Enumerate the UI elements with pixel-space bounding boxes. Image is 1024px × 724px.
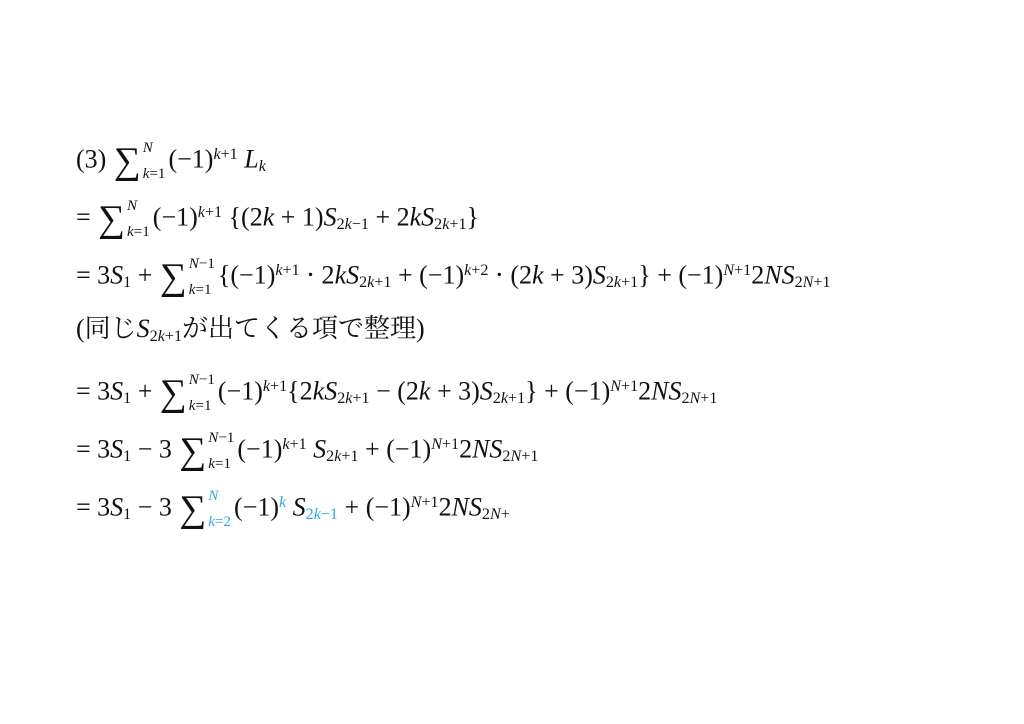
page: { "page": { "background": "#ffffff", "te…: [0, 0, 1024, 724]
math-token: L: [238, 144, 259, 173]
math-token: (−1): [168, 144, 213, 173]
math-variable: NS: [764, 260, 794, 289]
summation: ∑N−1k=1: [179, 431, 234, 472]
superscript: N+1: [431, 436, 459, 453]
math-token: +: [131, 260, 159, 289]
sigma-icon: ∑: [114, 143, 141, 181]
math-token: +: [131, 376, 159, 405]
math-token: (−1): [237, 434, 282, 463]
superscript: k+1: [263, 378, 287, 395]
math-token: 2NS: [751, 260, 794, 289]
math-variable: N: [208, 488, 218, 504]
subscript: 2k+1: [150, 328, 182, 345]
math-token: − 3: [131, 434, 178, 463]
sum-lower-limit: k=1: [208, 457, 234, 472]
math-variable: k: [198, 204, 205, 221]
superscript: N+1: [723, 262, 751, 279]
math-token: (−1): [218, 376, 263, 405]
summation: ∑Nk=2: [179, 489, 231, 530]
math-variable: N: [490, 506, 501, 523]
formula-line: = 3S1 + ∑N−1k=1(−1)k+1{2kS2k+1 − (2k + 3…: [76, 358, 996, 416]
sum-lower-limit: k=1: [143, 167, 166, 182]
subscript: 2k+1: [359, 274, 391, 291]
math-token: (−1): [153, 202, 198, 231]
subscript: 2N+1: [502, 448, 538, 465]
math-token: {(−1): [218, 260, 275, 289]
math-variable: NS: [472, 434, 502, 463]
math-variable: k: [282, 436, 289, 453]
math-variable: N: [690, 390, 701, 407]
math-variable: NS: [452, 492, 482, 521]
math-variable: N: [127, 198, 137, 214]
math-variable: k: [208, 514, 215, 530]
superscript: k+1: [275, 262, 299, 279]
math-token: 2NS: [459, 434, 502, 463]
math-token: {2kS: [287, 376, 337, 405]
math-variable: k: [259, 158, 266, 175]
sum-lower-limit: k=1: [189, 399, 215, 414]
math-token: が出てくる項で整理): [182, 314, 425, 343]
sum-limits: Nk=1: [143, 141, 166, 182]
summation: ∑N−1k=1: [160, 373, 215, 414]
math-token: 2NS: [439, 492, 482, 521]
math-token: + (−1): [338, 492, 411, 521]
math-token: + (−1): [391, 260, 464, 289]
superscript: k+1: [198, 204, 222, 221]
superscript: k+1: [282, 436, 306, 453]
sum-upper-limit: N−1: [189, 257, 215, 272]
math-variable: N: [431, 436, 442, 453]
math-token: ⋅ 2kS: [300, 260, 359, 289]
math-variable: k: [189, 282, 196, 298]
math-variable: k: [464, 262, 471, 279]
sum-upper-limit: N: [143, 141, 166, 156]
math-token: = 3S: [76, 376, 123, 405]
formula-line: = 3S1 + ∑N−1k=1{(−1)k+1 ⋅ 2kS2k+1 + (−1)…: [76, 242, 996, 300]
math-variable: k: [442, 216, 449, 233]
math-token: (−1): [234, 492, 279, 521]
subscript: 2k−1: [337, 216, 369, 233]
math-token: + 2kS: [369, 202, 434, 231]
math-variable: N: [411, 494, 422, 511]
sum-limits: N−1k=1: [189, 373, 215, 414]
math-variable: N: [208, 430, 218, 446]
superscript: N+1: [411, 494, 439, 511]
math-variable: k: [345, 216, 352, 233]
math-variable: k: [501, 390, 508, 407]
math-variable: k: [275, 262, 282, 279]
math-variable: k: [143, 166, 150, 182]
math-token: } + (−1): [638, 260, 723, 289]
sigma-icon: ∑: [160, 375, 187, 413]
subscript: 2k+1: [434, 216, 466, 233]
math-token: } + (−1): [525, 376, 610, 405]
math-token: S: [307, 434, 327, 463]
formula-line: = ∑Nk=1(−1)k+1 {(2k + 1)S2k−1 + 2kS2k+1}: [76, 184, 996, 242]
subscript: 2k+1: [326, 448, 358, 465]
math-token: − (2k + 3)S: [370, 376, 493, 405]
math-variable: S: [324, 202, 337, 231]
subscript: 2k+1: [493, 390, 525, 407]
math-variable: S: [593, 260, 606, 289]
math-variable: S: [480, 376, 493, 405]
sigma-icon: ∑: [179, 433, 206, 471]
math-variable: NS: [651, 376, 681, 405]
subscript: 2N+1: [681, 390, 717, 407]
sum-lower-limit: k=1: [127, 225, 150, 240]
math-token: ⋅ (2k + 3)S: [488, 260, 605, 289]
math-variable: S: [293, 492, 306, 521]
sigma-icon: ∑: [98, 201, 125, 239]
summation: ∑Nk=1: [114, 141, 166, 182]
math-variable: N: [189, 372, 199, 388]
math-variable: S: [110, 434, 123, 463]
math-variable: kS: [313, 376, 338, 405]
formula-lines: (3) ∑Nk=1(−1)k+1 Lk= ∑Nk=1(−1)k+1 {(2k +…: [76, 126, 996, 532]
superscript: k+1: [213, 146, 237, 163]
math-variable: k: [213, 146, 220, 163]
math-variable: kS: [335, 260, 360, 289]
math-variable: N: [510, 448, 521, 465]
math-variable: N: [803, 274, 814, 291]
summation: ∑Nk=1: [98, 199, 150, 240]
math-variable: S: [137, 314, 150, 343]
sum-lower-limit: k=1: [189, 283, 215, 298]
sum-upper-limit: N−1: [208, 431, 234, 446]
math-token: (3): [76, 144, 113, 173]
subscript: 2k+1: [337, 390, 369, 407]
subscript: k: [259, 158, 266, 175]
math-variable: S: [110, 260, 123, 289]
math-token: = 3S: [76, 434, 123, 463]
math-token: + (−1): [359, 434, 432, 463]
math-variable: N: [189, 256, 199, 272]
math-variable: k: [263, 202, 275, 231]
sum-limits: Nk=2: [208, 489, 231, 530]
math-token: }: [467, 202, 479, 231]
subscript: 2N+1: [795, 274, 831, 291]
math-token: − 3: [131, 492, 178, 521]
math-variable: k: [127, 224, 134, 240]
math-variable: S: [110, 492, 123, 521]
math-variable: k: [314, 506, 321, 523]
sum-upper-limit: N: [127, 199, 150, 214]
subscript: 2N+: [482, 506, 510, 523]
subscript: 2k+1: [606, 274, 638, 291]
math-variable: L: [244, 144, 258, 173]
sum-upper-limit: N: [208, 489, 231, 504]
math-variable: N: [610, 378, 621, 395]
math-variable: k: [367, 274, 374, 291]
math-token: =: [76, 202, 97, 231]
math-token: 2NS: [638, 376, 681, 405]
math-variable: k: [419, 376, 431, 405]
math-variable: k: [532, 260, 544, 289]
formula-line: (同じS2k+1が出てくる項で整理): [76, 300, 996, 358]
superscript: N+1: [610, 378, 638, 395]
math-variable: k: [263, 378, 270, 395]
math-token: = 3S: [76, 260, 123, 289]
math-variable: k: [158, 328, 165, 345]
sum-limits: N−1k=1: [189, 257, 215, 298]
math-variable: k: [345, 390, 352, 407]
sum-upper-limit: N−1: [189, 373, 215, 388]
subscript: 2k−1: [306, 506, 338, 523]
math-token: {(2k + 1)S: [222, 202, 337, 231]
math-variable: k: [334, 448, 341, 465]
formula-line: (3) ∑Nk=1(−1)k+1 Lk: [76, 126, 996, 184]
math-token: = 3S: [76, 492, 123, 521]
math-variable: k: [208, 456, 215, 472]
superscript: k+2: [464, 262, 488, 279]
math-token: (同じS: [76, 314, 150, 343]
math-variable: N: [143, 140, 153, 156]
math-variable: S: [110, 376, 123, 405]
math-token: S: [286, 492, 306, 521]
sum-lower-limit: k=2: [208, 515, 231, 530]
math-document: (3) ∑Nk=1(−1)k+1 Lk= ∑Nk=1(−1)k+1 {(2k +…: [76, 126, 996, 532]
math-variable: k: [189, 398, 196, 414]
sigma-icon: ∑: [179, 491, 206, 529]
sum-limits: Nk=1: [127, 199, 150, 240]
math-variable: kS: [410, 202, 435, 231]
formula-line: = 3S1 − 3 ∑N−1k=1(−1)k+1 S2k+1 + (−1)N+1…: [76, 416, 996, 474]
sigma-icon: ∑: [160, 259, 187, 297]
math-variable: N: [723, 262, 734, 279]
math-variable: S: [313, 434, 326, 463]
summation: ∑N−1k=1: [160, 257, 215, 298]
sum-limits: N−1k=1: [208, 431, 234, 472]
formula-line: = 3S1 − 3 ∑Nk=2(−1)k S2k−1 + (−1)N+12NS2…: [76, 474, 996, 532]
math-variable: k: [614, 274, 621, 291]
